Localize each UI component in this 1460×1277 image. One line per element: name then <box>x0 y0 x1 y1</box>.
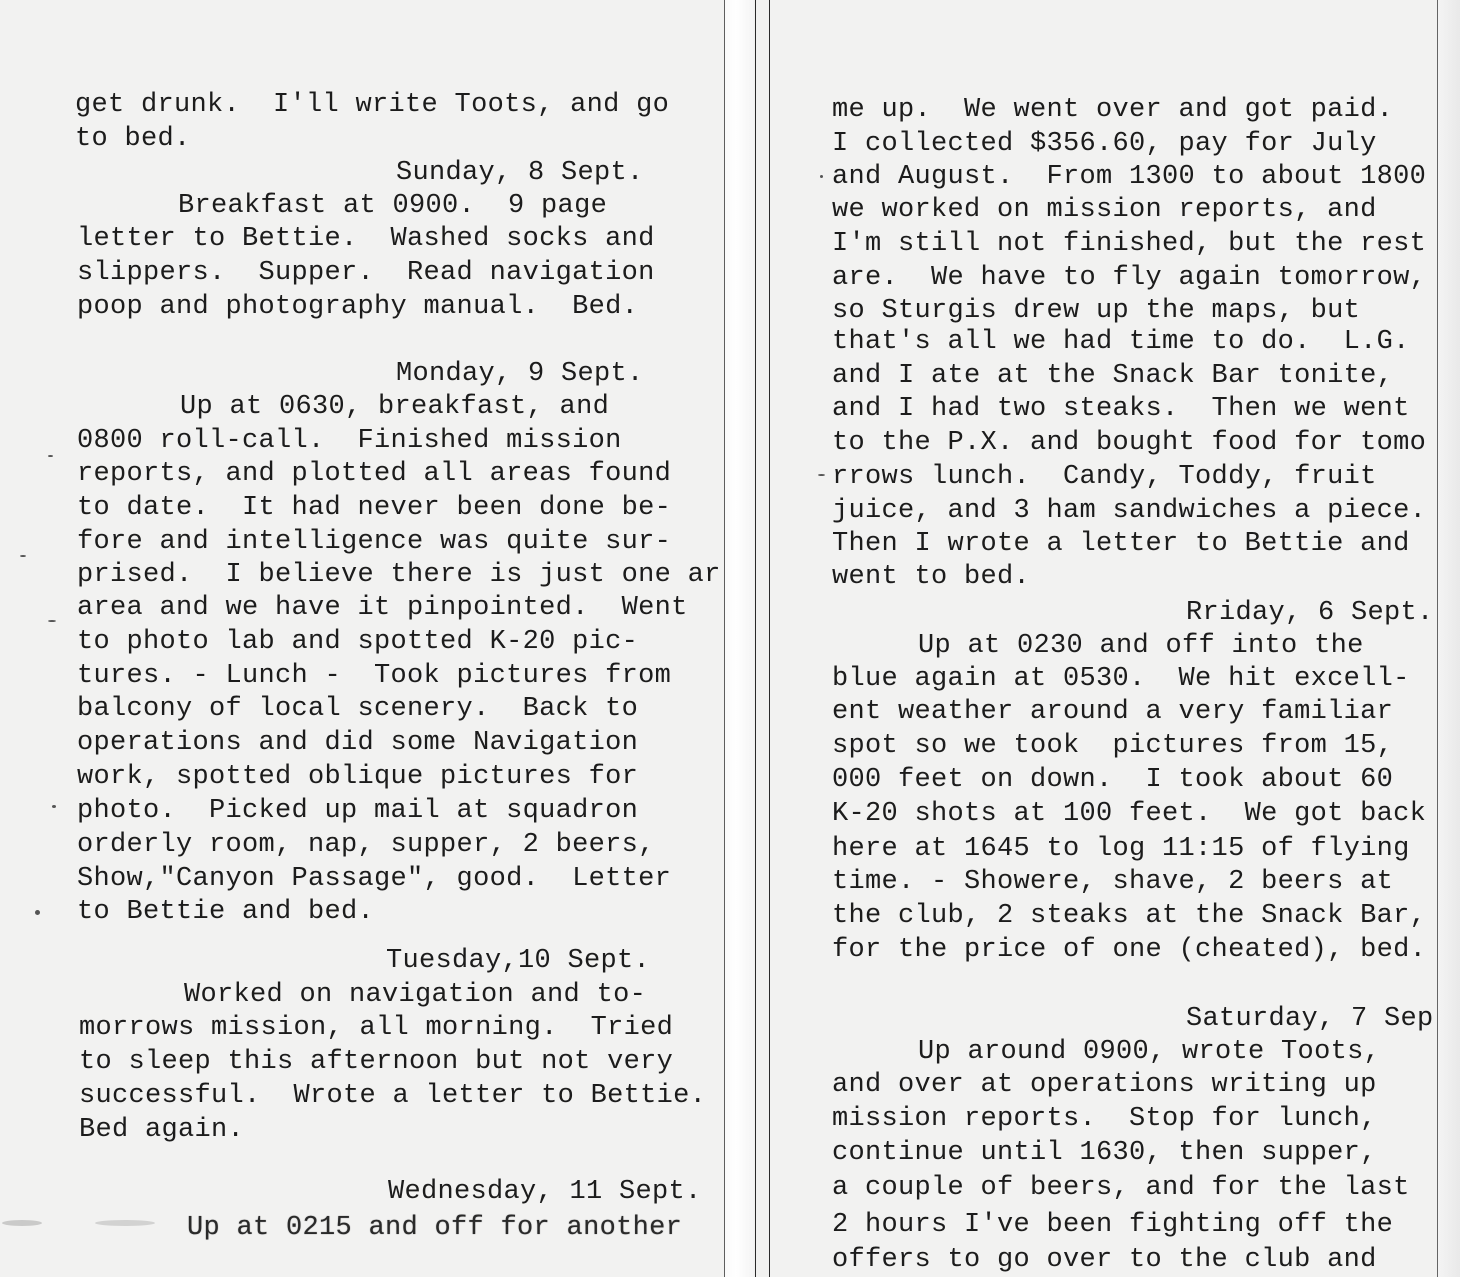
entry-date: Rriday, 6 Sept. <box>1186 598 1434 628</box>
text-line: operations and did some Navigation <box>77 728 638 758</box>
scan-speck <box>818 474 825 476</box>
text-line: to Bettie and bed. <box>77 897 374 927</box>
text-line: get drunk. I'll write Toots, and go <box>75 90 669 120</box>
entry-date: Wednesday, 11 Sept. <box>388 1177 702 1207</box>
text-line: continue until 1630, then supper, <box>832 1138 1377 1168</box>
text-line: juice, and 3 ham sandwiches a piece. <box>832 496 1426 526</box>
text-line: that's all we had time to do. L.G. <box>832 327 1410 357</box>
page-border-line <box>1437 0 1438 1277</box>
text-line: Then I wrote a letter to Bettie and <box>832 529 1410 559</box>
text-line: rrows lunch. Candy, Toddy, fruit <box>832 462 1377 492</box>
text-line: fore and intelligence was quite sur- <box>77 527 671 557</box>
text-line: slippers. Supper. Read navigation <box>77 258 655 288</box>
text-line: and August. From 1300 to about 1800 <box>832 162 1426 192</box>
text-line: successful. Wrote a letter to Bettie. <box>79 1081 706 1111</box>
scan-speck <box>52 805 56 808</box>
entry-date: Tuesday,10 Sept. <box>386 946 650 976</box>
text-line: Show,"Canyon Passage", good. Letter <box>77 864 671 894</box>
text-line: so Sturgis drew up the maps, but <box>832 296 1360 326</box>
text-line: tures. - Lunch - Took pictures from <box>77 661 671 691</box>
text-line: to date. It had never been done be- <box>77 493 671 523</box>
scan-speck <box>48 620 56 622</box>
text-line: 000 feet on down. I took about 60 <box>832 765 1393 795</box>
text-line: for the price of one (cheated), bed. <box>832 935 1426 965</box>
text-line: Breakfast at 0900. 9 page <box>178 191 607 221</box>
text-line: Up around 0900, wrote Toots, <box>918 1037 1380 1067</box>
entry-date: Monday, 9 Sept. <box>396 359 644 389</box>
scan-speck <box>35 910 40 915</box>
text-line: work, spotted oblique pictures for <box>77 762 638 792</box>
entry-date: Saturday, 7 Sep <box>1186 1004 1434 1034</box>
text-line: area and we have it pinpointed. Went <box>77 593 688 623</box>
text-line: 0800 roll-call. Finished mission <box>77 426 622 456</box>
text-line: went to bed. <box>832 562 1030 592</box>
text-line: I collected $356.60, pay for July <box>832 129 1377 159</box>
text-line: Up at 0630, breakfast, and <box>180 392 609 422</box>
text-line: 2 hours I've been fighting off the <box>832 1210 1393 1240</box>
text-line: and I ate at the Snack Bar tonite, <box>832 361 1393 391</box>
scan-speck <box>820 175 823 178</box>
scan-smudge <box>95 1220 155 1226</box>
text-line: are. We have to fly again tomorrow, <box>832 263 1426 293</box>
page-edge <box>1438 0 1460 1277</box>
text-line: morrows mission, all morning. Tried <box>79 1013 673 1043</box>
text-line: Up at 0230 and off into the <box>918 631 1364 661</box>
text-line: K-20 shots at 100 feet. We got back <box>832 799 1426 829</box>
text-line: photo. Picked up mail at squadron <box>77 796 638 826</box>
text-line: to bed. <box>75 124 191 154</box>
scan-smudge <box>2 1220 42 1226</box>
text-line: reports, and plotted all areas found <box>77 459 671 489</box>
text-line: spot so we took pictures from 15, <box>832 731 1393 761</box>
book-gutter <box>724 0 754 1277</box>
text-line: Bed again. <box>79 1115 244 1145</box>
gutter-line <box>724 0 725 1277</box>
text-line: and over at operations writing up <box>832 1070 1377 1100</box>
text-line: Up at 0215 and off for another <box>187 1213 682 1243</box>
text-line: and I had two steaks. Then we went <box>832 394 1410 424</box>
gutter-line <box>755 0 756 1277</box>
text-line: prised. I believe there is just one ar <box>77 560 721 590</box>
text-line: we worked on mission reports, and <box>832 195 1377 225</box>
text-line: ent weather around a very familiar <box>832 697 1393 727</box>
text-line: me up. We went over and got paid. <box>832 95 1393 125</box>
text-line: a couple of beers, and for the last <box>832 1173 1410 1203</box>
text-line: poop and photography manual. Bed. <box>77 292 638 322</box>
scan-speck <box>20 555 26 557</box>
text-line: blue again at 0530. We hit excell- <box>832 664 1410 694</box>
gutter-line <box>769 0 770 1277</box>
text-line: to the P.X. and bought food for tomo <box>832 428 1426 458</box>
text-line: letter to Bettie. Washed socks and <box>77 224 655 254</box>
text-line: I'm still not finished, but the rest <box>832 229 1426 259</box>
entry-date: Sunday, 8 Sept. <box>396 158 644 188</box>
text-line: time. - Showere, shave, 2 beers at <box>832 867 1393 897</box>
text-line: balcony of local scenery. Back to <box>77 694 638 724</box>
text-line: the club, 2 steaks at the Snack Bar, <box>832 901 1426 931</box>
scan-speck <box>48 455 53 457</box>
text-line: offers to go over to the club and <box>832 1245 1377 1275</box>
text-line: mission reports. Stop for lunch, <box>832 1104 1377 1134</box>
text-line: orderly room, nap, supper, 2 beers, <box>77 830 655 860</box>
text-line: Worked on navigation and to- <box>184 980 646 1010</box>
text-line: here at 1645 to log 11:15 of flying <box>832 834 1410 864</box>
text-line: to sleep this afternoon but not very <box>79 1047 673 1077</box>
text-line: to photo lab and spotted K-20 pic- <box>77 627 638 657</box>
